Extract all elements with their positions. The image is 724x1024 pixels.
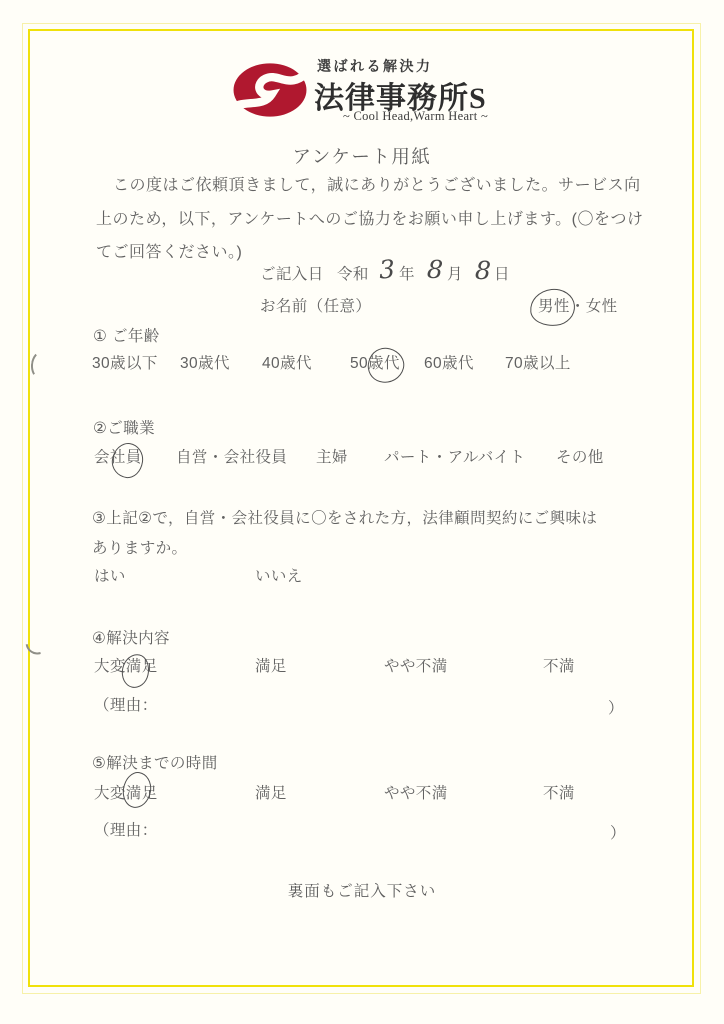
- q1-option-under-30: 30歳以下: [92, 355, 158, 374]
- q2-option-self-employed: 自営・会社役員: [176, 449, 287, 468]
- circle-annotation-male: [528, 287, 577, 329]
- footer-note: 裏面もご記入下さい: [0, 879, 724, 901]
- q5-time-label: ⑤解決までの時間: [92, 755, 218, 774]
- q2-option-housewife: 主婦: [316, 449, 348, 468]
- q4-option-satisfied: 満足: [255, 658, 287, 677]
- punch-hole-shadow-bottom: [20, 620, 58, 659]
- page-border-inner: [28, 29, 694, 987]
- date-label: ご記入日: [260, 266, 324, 285]
- date-month-unit: 月: [447, 266, 463, 285]
- q2-occupation-label: ②ご職業: [93, 420, 155, 439]
- q5-reason-close: ）: [610, 825, 626, 844]
- handwritten-month: 8: [426, 255, 443, 285]
- circle-annotation-q5-very-satisfied: [120, 770, 153, 810]
- date-day-unit: 日: [494, 266, 510, 285]
- q4-option-somewhat-dissatisfied: やや不満: [384, 658, 448, 677]
- q1-option-40s: 40歳代: [262, 355, 312, 374]
- s-swirl-logo-icon: [232, 61, 308, 119]
- circle-annotation-company-employee: [110, 441, 146, 480]
- form-title: アンケート用紙: [0, 143, 724, 169]
- handwritten-year: 3: [378, 254, 396, 284]
- q1-option-60s: 60歳代: [424, 355, 474, 374]
- q5-reason-open: （理由：: [94, 822, 158, 841]
- q5-option-satisfied: 満足: [255, 785, 287, 804]
- intro-line-2: 上のため，以下，アンケートへのご協力をお願い申し上げます。(〇をつけ: [96, 210, 643, 229]
- q3-label-line-2: ありますか。: [92, 540, 187, 559]
- date-year-unit: 年: [399, 266, 415, 285]
- q3-label-line-1: ③上記②で，自営・会社役員に〇をされた方，法律顧問契約にご興味は: [92, 510, 597, 529]
- q5-option-somewhat-dissatisfied: やや不満: [384, 785, 448, 804]
- intro-line-3: てご回答ください。): [96, 243, 242, 262]
- q4-reason-close: ）: [608, 700, 624, 719]
- q5-option-dissatisfied: 不満: [543, 785, 575, 804]
- scanned-survey-sheet: 選ばれる解決力 法律事務所S ~ Cool Head,Warm Heart ~ …: [0, 0, 724, 1024]
- q4-reason-open: （理由：: [94, 697, 158, 716]
- q1-option-30s: 30歳代: [180, 355, 230, 374]
- name-label: お名前（任意）: [260, 298, 371, 317]
- gender-option-female: 女性: [586, 298, 618, 315]
- punch-hole-shadow-top: [30, 350, 53, 380]
- q4-resolution-label: ④解決内容: [92, 630, 170, 649]
- handwritten-day: 8: [474, 256, 491, 286]
- q3-option-yes: はい: [94, 568, 126, 587]
- circle-annotation-50s: [364, 344, 407, 387]
- logo-subtitle: ~ Cool Head,Warm Heart ~: [343, 109, 488, 124]
- q2-option-other: その他: [556, 449, 604, 468]
- q4-option-dissatisfied: 不満: [543, 658, 575, 677]
- q2-option-part-time: パート・アルバイト: [384, 449, 525, 468]
- q3-option-no: いいえ: [255, 568, 303, 587]
- date-era: 令和: [337, 266, 369, 285]
- q1-option-over-70: 70歳以上: [505, 355, 571, 374]
- q1-age-label: ① ご年齢: [93, 328, 160, 347]
- intro-line-1: この度はご依頼頂きまして，誠にありがとうございました。サービス向: [113, 176, 641, 195]
